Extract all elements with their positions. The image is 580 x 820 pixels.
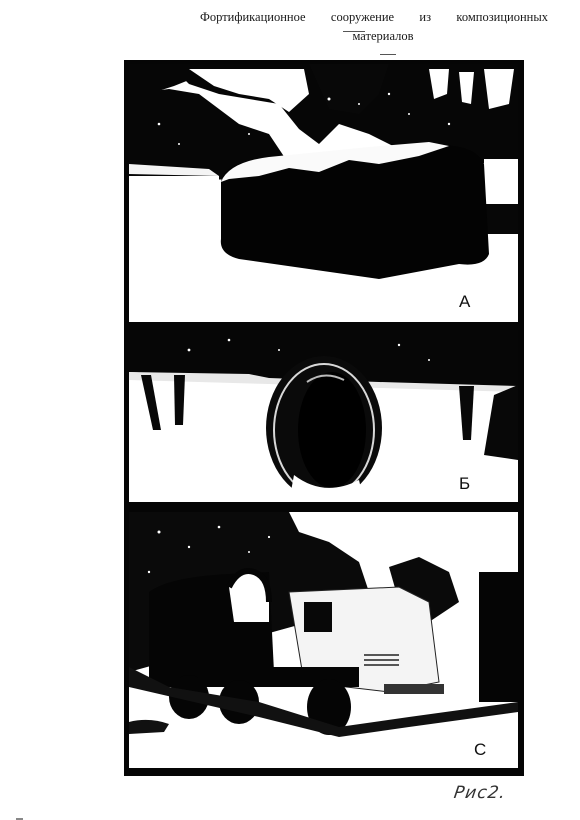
panel-label-b: Б <box>459 474 470 494</box>
photo-truck-transport <box>129 512 518 768</box>
photo-panel-b: Б <box>129 330 518 502</box>
photo-panel-c: C <box>129 512 518 768</box>
panel-label-c: C <box>474 740 486 760</box>
figure-caption: Рис2. <box>453 783 508 803</box>
document-title: Фортификационное сооружение из композици… <box>200 8 560 46</box>
photo-arched-structure-snow <box>129 64 518 322</box>
scan-mark <box>343 31 365 32</box>
title-word: из <box>419 8 431 27</box>
title-line-2: материалов <box>200 27 548 46</box>
panel-label-a: A <box>459 292 470 312</box>
title-word: сооружение <box>331 8 394 27</box>
scan-mark <box>380 54 396 55</box>
title-word: Фортификационное <box>200 8 306 27</box>
photo-panel-a: A <box>129 64 518 322</box>
title-word: композиционных <box>456 8 548 27</box>
title-line-1: Фортификационное сооружение из композици… <box>200 8 548 27</box>
figure-frame: A Б <box>124 60 524 776</box>
